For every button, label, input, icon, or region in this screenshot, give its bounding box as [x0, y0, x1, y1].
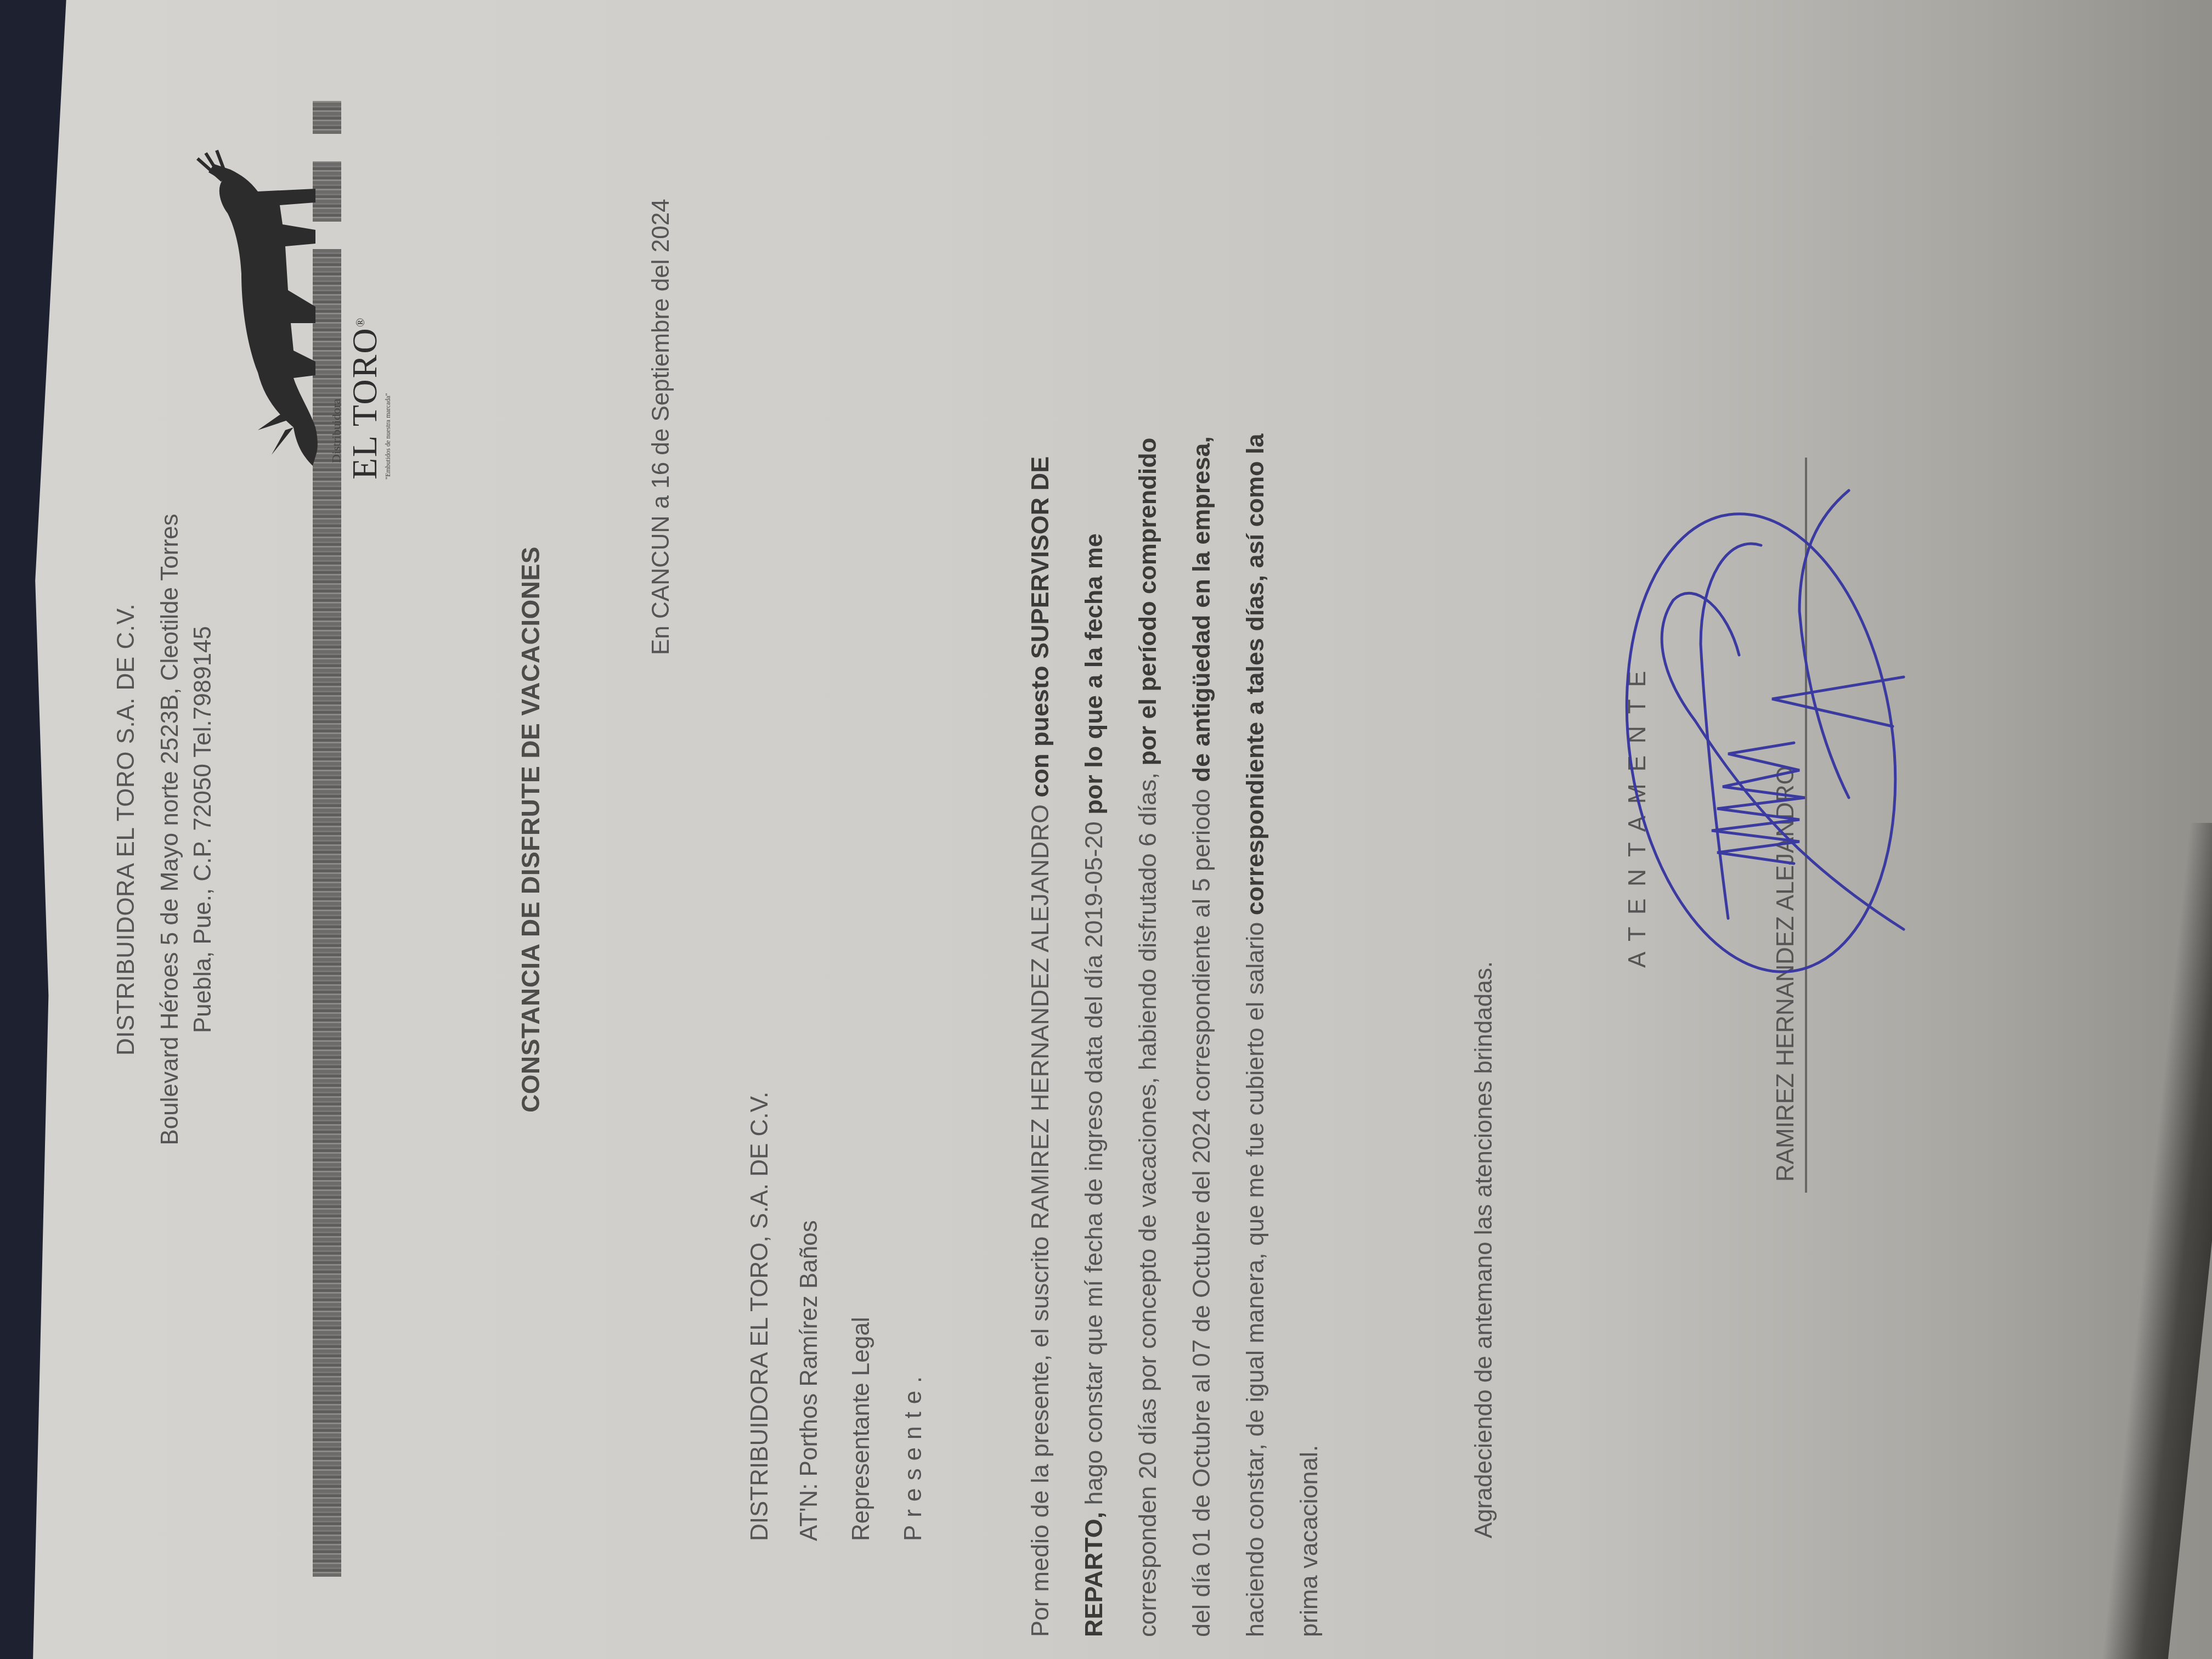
body-line: corresponden 20 días por concepto de vac… [1133, 438, 1162, 1637]
body-text-emphasis: por el período comprendido [1133, 438, 1161, 766]
logo-brand-text: EL TORO [345, 327, 384, 479]
addressee-role: Representante Legal [848, 1317, 875, 1541]
addressee-attention: AT'N: Porthos Ramírez Baños [795, 1220, 823, 1541]
addressee-presente: Presente. [900, 1369, 927, 1541]
handwritten-signature [1564, 479, 1959, 1028]
addressee-company: DISTRIBUIDORA EL TORO, S.A. DE C.V. [746, 1092, 774, 1541]
body-text-emphasis: REPARTO, [1080, 1505, 1108, 1637]
body-text: haciendo constar, de igual manera, que m… [1241, 915, 1269, 1637]
body-line: del día 01 de Octubre al 07 de Octubre d… [1187, 436, 1216, 1637]
body-text-emphasis: de antigüedad en la empresa, [1187, 436, 1215, 782]
body-text: del día 01 de Octubre al 07 de Octubre d… [1187, 782, 1215, 1637]
document-title: CONSTANCIA DE DISFRUTE DE VACACIONES [516, 0, 545, 1659]
body-line: Por medio de la presente, el suscrito RA… [1026, 456, 1054, 1637]
registered-mark: ® [353, 317, 367, 328]
header-company: DISTRIBUIDORA EL TORO S.A. DE C.V. [112, 0, 140, 1659]
body-text-emphasis: con puesto SUPERVISOR DE [1026, 456, 1054, 798]
scan-strip-segment [313, 101, 341, 134]
body-text-emphasis: por lo que a la fecha me [1080, 533, 1108, 815]
logo-brand: EL TORO® [345, 317, 385, 479]
letter-page: DISTRIBUIDORA EL TORO S.A. DE C.V. Boule… [0, 0, 2212, 1659]
body-text: prima vacacional. [1295, 1445, 1323, 1637]
logo-tagline: "Embutidos de nuestra marcada" [384, 393, 392, 479]
body-line: haciendo constar, de igual manera, que m… [1241, 433, 1269, 1637]
logo-small-text: Distribuidora [329, 399, 343, 463]
body-line: REPARTO, hago constar que mí fecha de in… [1080, 533, 1108, 1637]
body-line: prima vacacional. [1295, 1445, 1323, 1637]
place-date: En CANCUN a 16 de Septiembre del 2024 [647, 199, 675, 655]
body-text-emphasis: correspondiente a tales días, así como l… [1241, 433, 1269, 915]
body-text: corresponden 20 días por concepto de vac… [1133, 765, 1161, 1637]
body-text: Por medio de la presente, el suscrito RA… [1026, 798, 1054, 1637]
closing-thanks: Agradeciendo de antemano las atenciones … [1470, 961, 1498, 1538]
body-text: hago constar que mí fecha de ingreso dat… [1080, 815, 1108, 1505]
